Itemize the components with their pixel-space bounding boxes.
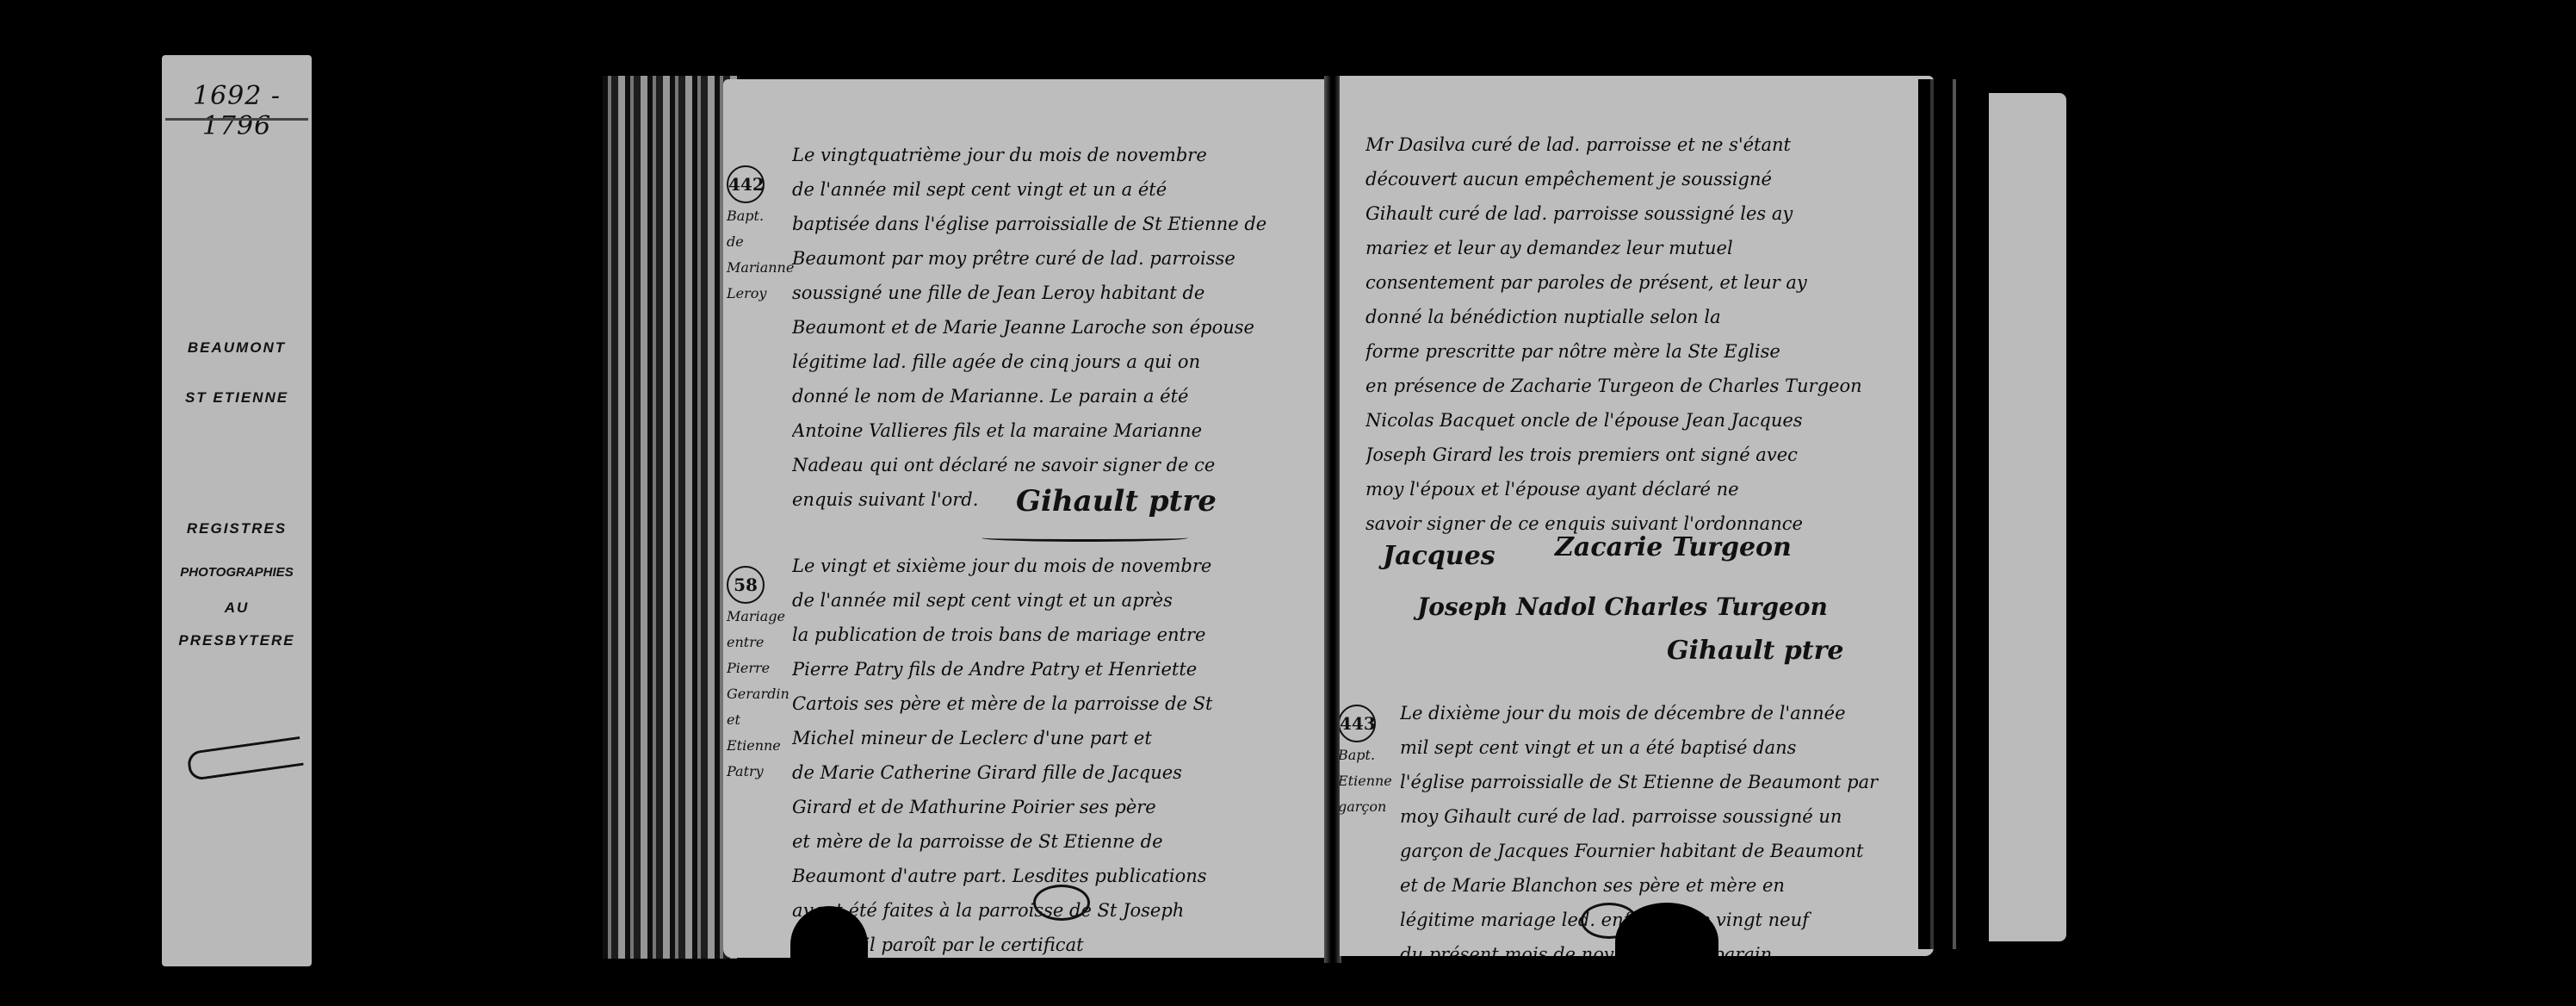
entry-line: Pierre Patry fils de Andre Patry et Henr… — [792, 652, 1309, 686]
entry-line: Cartois ses père et mère de la parroisse… — [792, 686, 1309, 721]
entry-line: Mr Dasilva curé de lad. parroisse et ne … — [1365, 127, 1917, 162]
priest-signature: Gihault ptre — [1016, 484, 1217, 519]
margin-line: Etienne — [727, 733, 796, 759]
witness-signature: Jacques — [1383, 541, 1495, 571]
entry-line: de l'année mil sept cent vingt et un apr… — [792, 583, 1309, 618]
margin-line: Mariage — [727, 604, 796, 630]
entry-line: comme il paroît par le certificat — [792, 928, 1309, 958]
margin-line: garçon — [1340, 794, 1407, 820]
note-line3: AU — [162, 599, 312, 617]
entry-line: consentement par paroles de présent, et … — [1365, 265, 1917, 300]
entry-line: mariez et leur ay demandez leur mutuel — [1365, 231, 1917, 265]
book-gutter — [1324, 76, 1341, 963]
witness-signature: Joseph Nadol Charles Turgeon — [1417, 593, 1828, 621]
entry-line: en présence de Zacharie Turgeon de Charl… — [1365, 369, 1917, 403]
entry-line: Gihault curé de lad. parroisse soussigné… — [1365, 196, 1917, 231]
entry-line: forme prescritte par nôtre mère la Ste E… — [1365, 334, 1917, 369]
entry-line: et mère de la parroisse de St Etienne de — [792, 824, 1309, 859]
entry-number-badge: 58 — [727, 566, 765, 604]
catalog-label-strip: 1692 - 1796 BEAUMONT ST ETIENNE REGISTRE… — [162, 55, 312, 966]
year-range: 1692 - 1796 — [165, 81, 308, 141]
entry-margin-note: 443 Bapt. Etienne garçon — [1340, 705, 1407, 820]
paperclip-icon — [186, 736, 303, 781]
register-page-right: Mr Dasilva curé de lad. parroisse et ne … — [1340, 76, 1934, 956]
register-page-left: 442 Bapt. de Marianne Leroy Le vingtquat… — [723, 79, 1326, 958]
entry-line: l'église parroissialle de St Etienne de … — [1400, 765, 1917, 799]
entry-line: de l'année mil sept cent vingt et un a é… — [792, 172, 1309, 207]
entry-line: Le dixième jour du mois de décembre de l… — [1400, 696, 1917, 730]
entry-line: la publication de trois bans de mariage … — [792, 618, 1309, 652]
entry-line: Le vingtquatrième jour du mois de novemb… — [792, 138, 1309, 172]
entry-line: légitime lad. fille agée de cinq jours a… — [792, 345, 1309, 379]
entry-line: Beaumont par moy prêtre curé de lad. par… — [792, 241, 1309, 276]
book-fore-edge-right — [1918, 79, 1996, 949]
place-name-line2: ST ETIENNE — [162, 389, 312, 407]
margin-line: Leroy — [727, 281, 796, 307]
entry-margin-note: 442 Bapt. de Marianne Leroy — [727, 165, 796, 307]
entry-line: Le vingt et sixième jour du mois de nove… — [792, 549, 1309, 583]
margin-line: et — [727, 707, 796, 733]
margin-line: Bapt. — [1340, 742, 1407, 768]
margin-line: Gerardin — [727, 681, 796, 707]
entry-line: mil sept cent vingt et un a été baptisé … — [1400, 730, 1917, 765]
entry-margin-note: 58 Mariage entre Pierre Gerardin et Etie… — [727, 566, 796, 785]
note-line2: PHOTOGRAPHIES — [162, 565, 312, 580]
book-fore-edge-left — [603, 76, 740, 959]
note-line4: PRESBYTERE — [162, 632, 312, 649]
place-name-line1: BEAUMONT — [162, 339, 312, 357]
paraph-mark-icon — [1033, 885, 1090, 921]
entry-line: Beaumont et de Marie Jeanne Laroche son … — [792, 310, 1309, 345]
witness-signature: Zacarie Turgeon — [1555, 532, 1792, 562]
entry-line: Michel mineur de Leclerc d'une part et — [792, 721, 1309, 755]
divider — [165, 118, 308, 121]
entry-line: donné la bénédiction nuptialle selon la — [1365, 300, 1917, 334]
note-line1: REGISTRES — [162, 520, 312, 537]
entry-line: baptisée dans l'église parroissialle de … — [792, 207, 1309, 241]
entry-line: Antoine Vallieres fils et la maraine Mar… — [792, 413, 1309, 448]
entry-line: donné le nom de Marianne. Le parain a ét… — [792, 379, 1309, 413]
register-entry-baptism: Le vingtquatrième jour du mois de novemb… — [792, 138, 1309, 517]
entry-line: moy l'époux et l'épouse ayant déclaré ne — [1365, 472, 1917, 506]
margin-line: Pierre — [727, 655, 796, 681]
entry-line: Joseph Girard les trois premiers ont sig… — [1365, 438, 1917, 472]
book-back-cover — [1989, 93, 2066, 941]
entry-line: Nadeau qui ont déclaré ne savoir signer … — [792, 448, 1309, 482]
entry-number-badge: 442 — [727, 165, 765, 203]
register-entry-marriage-continued: Mr Dasilva curé de lad. parroisse et ne … — [1365, 127, 1917, 541]
entry-line: Nicolas Bacquet oncle de l'épouse Jean J… — [1365, 403, 1917, 438]
entry-line: moy Gihault curé de lad. parroisse souss… — [1400, 799, 1917, 834]
entry-line: de Marie Catherine Girard fille de Jacqu… — [792, 755, 1309, 790]
priest-signature: Gihault ptre — [1667, 636, 1844, 666]
entry-line: découvert aucun empêchement je soussigné — [1365, 162, 1917, 196]
margin-line: de Marianne — [727, 229, 796, 281]
entry-number-badge: 443 — [1340, 705, 1376, 742]
entry-line: garçon de Jacques Fournier habitant de B… — [1400, 834, 1917, 868]
entry-line: soussigné une fille de Jean Leroy habita… — [792, 276, 1309, 310]
margin-line: Bapt. — [727, 203, 796, 229]
margin-line: Etienne — [1340, 768, 1407, 794]
margin-line: entre — [727, 630, 796, 655]
margin-line: Patry — [727, 759, 796, 785]
entry-line: Girard et de Mathurine Poirier ses père — [792, 790, 1309, 824]
signature-flourish — [981, 534, 1188, 542]
entry-line: et de Marie Blanchon ses père et mère en — [1400, 868, 1917, 903]
